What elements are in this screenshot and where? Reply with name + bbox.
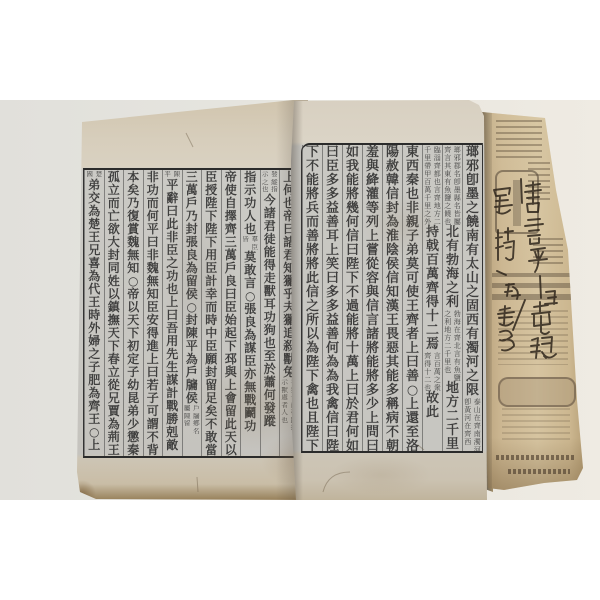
glyph: 之 bbox=[463, 202, 482, 216]
glyph: 言 bbox=[433, 186, 443, 194]
glyph: 韓 bbox=[383, 174, 402, 188]
glyph: 齊 bbox=[403, 314, 422, 328]
glyph: 信 bbox=[383, 272, 402, 286]
glyph: 計 bbox=[163, 387, 182, 400]
glyph: 千 bbox=[423, 146, 433, 154]
glyph: 有 bbox=[453, 358, 463, 366]
glyph: 名 bbox=[453, 170, 463, 178]
printed-band bbox=[492, 283, 574, 288]
glyph: 曰 bbox=[323, 272, 342, 286]
glyph: 處 bbox=[280, 394, 289, 402]
text-column: 下不能將兵而善將將此信之所以為陛下禽也且陛下 bbox=[302, 145, 322, 451]
glyph: 狗 bbox=[261, 324, 280, 337]
glyph: 洛 bbox=[403, 440, 422, 451]
glyph: 多 bbox=[323, 286, 342, 300]
glyph: 王 bbox=[85, 413, 104, 426]
glyph: 善 bbox=[403, 370, 422, 384]
glyph: 何 bbox=[343, 426, 362, 440]
glyph: 二 bbox=[443, 410, 462, 424]
glyph: 卽 bbox=[463, 174, 482, 188]
printed-band bbox=[492, 273, 572, 277]
glyph: 之 bbox=[423, 210, 433, 218]
main-text: 羞與絳灌等列上嘗從容與信言諸將能將多少上問曰 bbox=[363, 146, 382, 451]
glyph: 此 bbox=[423, 406, 442, 420]
glyph: 西 bbox=[403, 160, 422, 174]
glyph: 以 bbox=[222, 444, 241, 456]
glyph: 獸 bbox=[261, 285, 280, 298]
glyph: 地 bbox=[443, 382, 462, 396]
main-text: 故此 bbox=[423, 392, 442, 420]
glyph: 齊 bbox=[433, 162, 443, 170]
glyph: 勃 bbox=[453, 310, 463, 318]
glyph: 信 bbox=[303, 286, 322, 300]
glyph: 不 bbox=[343, 286, 362, 300]
glyph: 以 bbox=[303, 328, 322, 342]
glyph: 戟 bbox=[423, 240, 442, 254]
glyph: 淮 bbox=[383, 230, 402, 244]
glyph: 也 bbox=[443, 366, 453, 374]
glyph: 固 bbox=[463, 300, 482, 314]
main-text: 地方二千里 bbox=[443, 382, 462, 451]
glyph: 至 bbox=[261, 350, 280, 363]
glyph: 河 bbox=[473, 446, 483, 451]
glyph: 陳 bbox=[183, 413, 192, 421]
main-text: 本矣乃復賞魏無知○帝以天下初定子幼昆弟少懲秦 bbox=[124, 171, 143, 456]
glyph: 喜 bbox=[85, 257, 104, 270]
text-column: 帝使自擇齊三萬戶良曰臣始起下邳與上會留此天以 bbox=[221, 170, 241, 456]
annotation-text: 發縱指示之也 bbox=[261, 171, 280, 194]
glyph: 言 bbox=[443, 154, 453, 162]
glyph: 且 bbox=[303, 412, 322, 426]
glyph: 萬 bbox=[343, 356, 362, 370]
glyph: 下 bbox=[303, 440, 322, 451]
main-text: 帝使自擇齊三萬戶良曰臣始起下邳與上會留此天以 bbox=[222, 171, 241, 456]
glyph: 禽 bbox=[323, 398, 342, 412]
glyph: 兄 bbox=[85, 244, 104, 257]
glyph: 何 bbox=[261, 389, 280, 402]
glyph: 從 bbox=[363, 258, 382, 272]
main-text: 如我能將幾何信曰陛下不過能將十萬上曰於君何如 bbox=[343, 146, 362, 451]
text-column: 臣授陛下陛下用臣計幸而時中臣願封留足矣不敢當 bbox=[201, 170, 221, 456]
glyph: 言 bbox=[363, 314, 382, 328]
glyph: 將 bbox=[363, 342, 382, 356]
glyph: 能 bbox=[383, 370, 402, 384]
text-column: 臨淄齊都也言齊地方二千里帶甲百萬千里之外 持戟百萬齊得十二焉 言百萬之衆齊得十二… bbox=[422, 145, 442, 451]
glyph: 辭 bbox=[163, 192, 182, 205]
glyph: 也 bbox=[280, 417, 289, 425]
glyph: 郡 bbox=[453, 162, 463, 170]
glyph: 東 bbox=[403, 146, 422, 160]
text-column: 瑯邪郡名卽墨縣名皆屬齊言其東有魚鹽之饒也 北有勃海之利 勃海在齊北言有魚鹽之利地… bbox=[442, 145, 462, 451]
glyph: 為 bbox=[85, 387, 104, 400]
glyph: 益 bbox=[323, 202, 342, 216]
glyph: 能 bbox=[261, 246, 280, 259]
glyph: 病 bbox=[383, 412, 402, 426]
glyph: 在 bbox=[453, 326, 463, 334]
main-text: 瑯邪卽墨之饒南有太山之固西有濁河之限 bbox=[463, 146, 482, 398]
main-text: 陽赦韓信封為淮陰侯信知漢王畏惡其能多稱病不朝 bbox=[383, 146, 402, 451]
glyph: 多 bbox=[323, 300, 342, 314]
right-page-text-frame: 瑯邪卽墨之饒南有太山之固西有濁河之限 泰山在齊南濁河卽黃河在齊西 瑯邪郡名卽墨縣… bbox=[301, 143, 483, 453]
glyph: 徒 bbox=[261, 233, 280, 246]
glyph: 我 bbox=[343, 160, 362, 174]
glyph: 背 bbox=[144, 444, 163, 456]
glyph: 海 bbox=[443, 268, 462, 282]
glyph: 信 bbox=[363, 300, 382, 314]
glyph: 不 bbox=[383, 426, 402, 440]
glyph: 泰 bbox=[473, 398, 483, 406]
photo-backdrop: 上何也帝曰諸君知獵乎夫獵追殺獸兔 者狗也而發蹤指示獸處者人也 發縱指示之也 今諸… bbox=[0, 100, 600, 500]
glyph: 此 bbox=[163, 218, 182, 231]
glyph: 君 bbox=[343, 412, 362, 426]
glyph: 在 bbox=[473, 414, 483, 422]
glyph: 而 bbox=[303, 216, 322, 230]
glyph: 外 bbox=[85, 322, 104, 335]
glyph: 勝 bbox=[163, 413, 182, 426]
glyph: 北 bbox=[443, 226, 462, 240]
glyph: 下 bbox=[343, 272, 362, 286]
glyph: 善 bbox=[303, 230, 322, 244]
glyph: 畏 bbox=[383, 328, 402, 342]
glyph: 之 bbox=[261, 179, 270, 187]
glyph: 子 bbox=[85, 361, 104, 374]
glyph: 有 bbox=[443, 240, 462, 254]
glyph: 西 bbox=[463, 438, 473, 446]
glyph: 之 bbox=[433, 376, 443, 384]
text-column: 本矣乃復賞魏無知○帝以天下初定子幼昆弟少懲秦 bbox=[123, 170, 143, 456]
glyph: 多 bbox=[323, 188, 342, 202]
glyph: 能 bbox=[343, 314, 362, 328]
glyph: 之 bbox=[443, 202, 453, 210]
glyph: 臣 bbox=[323, 160, 342, 174]
glyph: 東 bbox=[443, 170, 453, 178]
glyph: 下 bbox=[303, 370, 322, 384]
glyph: 海 bbox=[453, 318, 463, 326]
glyph: 益 bbox=[323, 314, 342, 328]
text-column: 瑯邪卽墨之饒南有太山之固西有濁河之限 泰山在齊南濁河卽黃河在齊西 bbox=[462, 145, 482, 451]
text-column: 楚國 弟交為楚王兄喜為代王時外婦之子肥為齊王○上 bbox=[84, 170, 104, 456]
glyph: 縱 bbox=[270, 179, 279, 187]
glyph: 魚 bbox=[453, 366, 463, 374]
glyph: 示 bbox=[261, 171, 270, 179]
glyph: 二 bbox=[423, 324, 442, 338]
glyph: 里 bbox=[443, 358, 453, 366]
glyph: 焉 bbox=[423, 338, 442, 352]
glyph: 將 bbox=[343, 328, 362, 342]
glyph: 示 bbox=[280, 379, 289, 387]
main-text: 下不能將兵而善將將此信之所以為陛下禽也且陛下 bbox=[303, 146, 322, 451]
glyph: 我 bbox=[323, 384, 342, 398]
glyph: 不 bbox=[303, 160, 322, 174]
glyph: 代 bbox=[85, 283, 104, 296]
printed-text-lines bbox=[502, 408, 570, 444]
glyph: 走 bbox=[261, 272, 280, 285]
glyph: 秦 bbox=[403, 174, 422, 188]
main-text: 弟交為楚王兄喜為代王時外婦之子肥為齊王○上 bbox=[85, 179, 104, 452]
glyph: 有 bbox=[443, 178, 453, 186]
glyph: 善 bbox=[323, 328, 342, 342]
glyph: 吾 bbox=[163, 322, 182, 335]
text-column: 陽赦韓信封為淮陰侯信知漢王畏惡其能多稱病不朝 bbox=[382, 145, 402, 451]
glyph: 信 bbox=[383, 188, 402, 202]
glyph: 上 bbox=[403, 398, 422, 412]
glyph: 之 bbox=[443, 282, 462, 296]
main-text: 指示功人也 bbox=[241, 171, 260, 236]
glyph: 利 bbox=[443, 296, 462, 310]
glyph: 善 bbox=[323, 216, 342, 230]
glyph: 方 bbox=[443, 334, 453, 342]
glyph: 皆 bbox=[241, 236, 250, 244]
glyph: 地 bbox=[433, 202, 443, 210]
glyph: 得 bbox=[261, 259, 280, 272]
glyph: 容 bbox=[363, 272, 382, 286]
glyph: 漢 bbox=[383, 300, 402, 314]
glyph: 臣 bbox=[163, 244, 182, 257]
glyph: 將 bbox=[303, 188, 322, 202]
glyph: 故 bbox=[423, 392, 442, 406]
glyph: 何 bbox=[343, 216, 362, 230]
glyph: 剋 bbox=[163, 426, 182, 439]
glyph: 交 bbox=[85, 192, 104, 205]
glyph: 所 bbox=[303, 314, 322, 328]
glyph: 謀 bbox=[163, 374, 182, 387]
glyph: 里 bbox=[423, 154, 433, 162]
glyph: 陛 bbox=[303, 356, 322, 370]
glyph: 下 bbox=[303, 146, 322, 160]
glyph: 瑯 bbox=[463, 146, 482, 160]
main-text: 孤立而亡欲大封同姓以鎮撫天下春立從兄賈為荊王 bbox=[105, 171, 124, 456]
main-text: 莫敢言○張良為謀臣亦無戰鬬功 bbox=[241, 251, 260, 433]
glyph: 侯 bbox=[183, 392, 202, 405]
glyph: 也 bbox=[261, 337, 280, 350]
glyph: 陽 bbox=[383, 146, 402, 160]
glyph: 齊 bbox=[453, 334, 463, 342]
glyph: 耳 bbox=[261, 298, 280, 311]
glyph: 十 bbox=[423, 310, 442, 324]
main-text: 三萬戶乃封張良為留侯○封陳平為戶牖侯 bbox=[183, 171, 202, 405]
text-column: 發縱指示之也 今諸君徒能得走獸耳功狗也至於蕭何發蹤 bbox=[260, 170, 280, 456]
glyph: 鄕 bbox=[192, 420, 201, 428]
glyph: 河 bbox=[463, 414, 473, 422]
glyph: 王 bbox=[383, 314, 402, 328]
glyph: 耳 bbox=[323, 230, 342, 244]
glyph: 之 bbox=[85, 348, 104, 361]
glyph: 功 bbox=[241, 420, 260, 433]
printed-box-graphic bbox=[498, 377, 576, 407]
left-page: 上何也帝曰諸君知獵乎夫獵追殺獸兔 者狗也而發蹤指示獸處者人也 發縱指示之也 今諸… bbox=[76, 100, 308, 500]
glyph: 也 bbox=[403, 188, 422, 202]
glyph: 非 bbox=[403, 202, 422, 216]
glyph: 為 bbox=[85, 270, 104, 283]
glyph: 為 bbox=[383, 216, 402, 230]
glyph: 將 bbox=[363, 370, 382, 384]
main-text: 臣授陛下陛下用臣計幸而時中臣願封留足矣不敢當 bbox=[202, 171, 221, 456]
glyph: 邪 bbox=[463, 160, 482, 174]
glyph: 言 bbox=[433, 352, 443, 360]
printed-text-lines bbox=[496, 455, 576, 460]
glyph: 莫 bbox=[403, 258, 422, 272]
glyph: 多 bbox=[383, 384, 402, 398]
glyph: 上 bbox=[85, 439, 104, 452]
glyph: 都 bbox=[433, 170, 443, 178]
glyph: 之 bbox=[443, 310, 453, 318]
glyph: 蹤 bbox=[261, 415, 280, 428]
glyph: 齊 bbox=[423, 352, 433, 360]
glyph: 上 bbox=[403, 342, 422, 356]
glyph: 子 bbox=[403, 230, 422, 244]
glyph: 列 bbox=[363, 216, 382, 230]
glyph: 蕭 bbox=[261, 376, 280, 389]
glyph: 齊 bbox=[423, 282, 442, 296]
glyph: 平 bbox=[163, 179, 182, 192]
glyph: 為 bbox=[323, 370, 342, 384]
glyph: 齊 bbox=[463, 430, 473, 438]
glyph: 瑯 bbox=[453, 146, 463, 154]
glyph: 笑 bbox=[323, 258, 342, 272]
glyph: 十 bbox=[343, 342, 362, 356]
glyph: 等 bbox=[363, 202, 382, 216]
glyph: 持 bbox=[423, 226, 442, 240]
glyph: 千 bbox=[443, 424, 462, 438]
printed-band bbox=[492, 294, 576, 300]
glyph: 發 bbox=[261, 402, 280, 415]
glyph: 為 bbox=[85, 205, 104, 218]
glyph: 信 bbox=[323, 412, 342, 426]
glyph: 上 bbox=[343, 370, 362, 384]
glyph: 至 bbox=[403, 426, 422, 440]
glyph: 多 bbox=[323, 174, 342, 188]
glyph: 地 bbox=[443, 326, 453, 334]
glyph: 多 bbox=[363, 384, 382, 398]
text-column: 孤立而亡欲大封同姓以鎮撫天下春立從兄賈為荊王 bbox=[104, 170, 124, 456]
glyph: 曰 bbox=[363, 440, 382, 451]
glyph: 將 bbox=[303, 258, 322, 272]
glyph: 卽 bbox=[463, 398, 473, 406]
glyph: ○ bbox=[403, 384, 422, 398]
annotation-text: 瑯邪郡名卽墨縣名皆屬齊言其東有魚鹽之饒也 bbox=[443, 146, 462, 226]
glyph: 齊 bbox=[433, 194, 443, 202]
printed-text-lines bbox=[508, 469, 570, 474]
text-column: 曰臣多多益善耳上笑曰多多益善何為為我禽信曰陛 bbox=[322, 145, 342, 451]
annotation-text: 戶牖鄕名屬陳留 bbox=[183, 405, 202, 435]
glyph: 屬 bbox=[183, 405, 192, 413]
glyph: 有 bbox=[463, 244, 482, 258]
glyph: 二 bbox=[443, 342, 453, 350]
glyph: 太 bbox=[463, 258, 482, 272]
glyph: 將 bbox=[303, 244, 322, 258]
main-text: 曰臣多多益善耳上笑曰多多益善何為為我禽信曰陛 bbox=[323, 146, 342, 451]
main-text: 持戟百萬齊得十二焉 bbox=[423, 226, 442, 352]
glyph: 上 bbox=[363, 412, 382, 426]
glyph: 當 bbox=[202, 444, 221, 456]
text-column: 非功而何平曰非魏無知臣安得進上曰若子可謂不背 bbox=[143, 170, 163, 456]
glyph: 陰 bbox=[383, 244, 402, 258]
glyph: 之 bbox=[463, 286, 482, 300]
glyph: 王 bbox=[85, 231, 104, 244]
glyph: 勃 bbox=[443, 254, 462, 268]
glyph: 少 bbox=[363, 398, 382, 412]
glyph: 甲 bbox=[423, 170, 433, 178]
glyph: 生 bbox=[163, 361, 182, 374]
glyph: 南 bbox=[473, 430, 483, 438]
annotation-text: 勃海在齊北言有魚鹽之利地方二千里也 bbox=[443, 310, 462, 382]
glyph: 曰 bbox=[403, 356, 422, 370]
annotation-text: 羣臣皆 bbox=[241, 236, 260, 251]
glyph: 可 bbox=[403, 272, 422, 286]
glyph: 陛 bbox=[303, 426, 322, 440]
glyph: 兵 bbox=[303, 202, 322, 216]
glyph: 饒 bbox=[463, 216, 482, 230]
glyph: 還 bbox=[403, 412, 422, 426]
glyph: 絳 bbox=[363, 174, 382, 188]
glyph: 之 bbox=[463, 370, 482, 384]
page-curl-shadow bbox=[291, 100, 303, 500]
glyph: 楚 bbox=[85, 218, 104, 231]
glyph: 魚 bbox=[443, 186, 453, 194]
glyph: 能 bbox=[303, 174, 322, 188]
glyph: 問 bbox=[363, 426, 382, 440]
glyph: 能 bbox=[363, 356, 382, 370]
glyph: 如 bbox=[343, 146, 362, 160]
glyph: 戶 bbox=[192, 405, 201, 413]
glyph: 曰 bbox=[343, 244, 362, 258]
glyph: 秦 bbox=[124, 444, 143, 456]
glyph: 黃 bbox=[463, 406, 473, 414]
glyph: 功 bbox=[261, 311, 280, 324]
glyph: 如 bbox=[343, 440, 362, 451]
glyph: 山 bbox=[473, 406, 483, 414]
glyph: 言 bbox=[453, 350, 463, 358]
glyph: 侯 bbox=[383, 258, 402, 272]
glyph: 齊 bbox=[443, 146, 453, 154]
glyph: 時 bbox=[85, 309, 104, 322]
glyph: 幾 bbox=[343, 202, 362, 216]
glyph: 其 bbox=[383, 356, 402, 370]
printed-text-lines bbox=[496, 120, 542, 160]
glyph: 戰 bbox=[163, 400, 182, 413]
main-text: 今諸君徒能得走獸耳功狗也至於蕭何發蹤 bbox=[261, 194, 280, 428]
glyph: 弟 bbox=[85, 179, 104, 192]
glyph: 也 bbox=[303, 398, 322, 412]
glyph: 曰 bbox=[343, 384, 362, 398]
main-text: 非功而何平曰非魏無知臣安得進上曰若子可謂不背 bbox=[144, 171, 163, 456]
glyph: 獸 bbox=[280, 387, 289, 395]
glyph: 王 bbox=[85, 296, 104, 309]
glyph: 陛 bbox=[323, 440, 342, 451]
glyph: 者 bbox=[403, 328, 422, 342]
glyph: 齊 bbox=[85, 400, 104, 413]
glyph: 卽 bbox=[453, 178, 463, 186]
glyph: 饒 bbox=[443, 210, 453, 218]
glyph: 方 bbox=[443, 396, 462, 410]
glyph: 里 bbox=[443, 438, 462, 451]
glyph: 西 bbox=[463, 314, 482, 328]
glyph: 灌 bbox=[363, 188, 382, 202]
glyph: 王 bbox=[403, 300, 422, 314]
glyph: 帶 bbox=[423, 162, 433, 170]
glyph: 邪 bbox=[453, 154, 463, 162]
glyph: 其 bbox=[443, 162, 453, 170]
main-text: 平辭曰此非臣之功也上曰吾用先生謀計戰勝剋敵 bbox=[163, 179, 182, 452]
book-cover bbox=[478, 110, 586, 495]
glyph: 二 bbox=[423, 376, 433, 384]
glyph: 能 bbox=[343, 174, 362, 188]
glyph: 上 bbox=[163, 296, 182, 309]
glyph: 得 bbox=[423, 296, 442, 310]
glyph: 過 bbox=[343, 300, 362, 314]
text-column: 東西秦也非親子弟莫可使王齊者上曰善○上還至洛 bbox=[402, 145, 422, 451]
glyph: 得 bbox=[423, 360, 433, 368]
